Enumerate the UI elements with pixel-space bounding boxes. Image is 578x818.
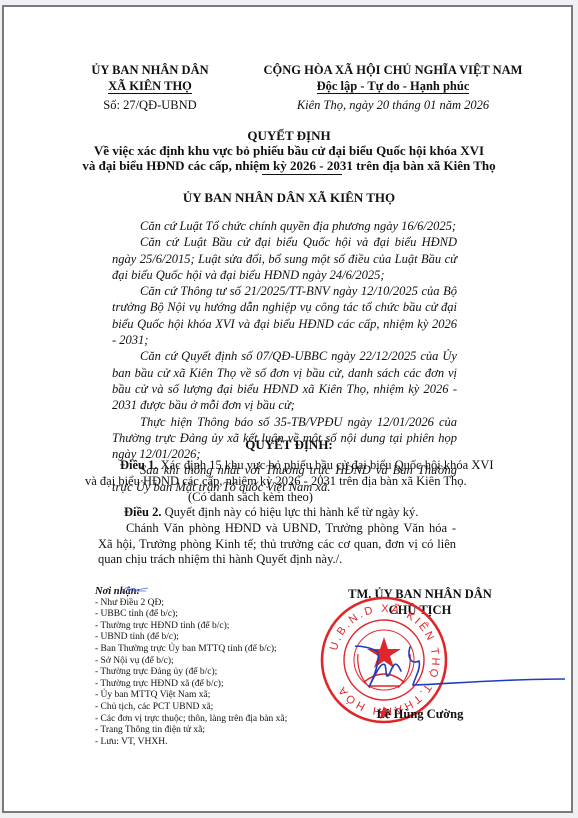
attachment-note: (Có danh sách kèm theo): [188, 490, 313, 505]
preamble-item: Căn cứ Luật Bầu cử đại biểu Quốc hội và …: [112, 234, 457, 283]
preamble-item: Căn cứ Thông tư số 21/2025/TT-BNV ngày 1…: [112, 283, 457, 348]
title-divider: [262, 174, 342, 175]
recipient-item: - Thường trực Đảng ủy (để b/c);: [95, 667, 287, 679]
issuing-authority: ỦY BAN NHÂN DÂN XÃ KIÊN THỌ: [0, 190, 578, 206]
country-name: CỘNG HÒA XÃ HỘI CHỦ NGHĨA VIỆT NAM: [228, 62, 558, 78]
preamble-item: Căn cứ Luật Tổ chức chính quyền địa phươ…: [112, 218, 457, 234]
article-1-label: Điều 1.: [120, 458, 158, 472]
recipient-item: - Các đơn vị trực thuộc; thôn, làng trên…: [95, 714, 287, 726]
recipient-item: - Như Điều 2 QĐ;: [95, 598, 287, 610]
recipient-item: - Ủy ban MTTQ Việt Nam xã;: [95, 690, 287, 702]
initials-scribble-icon: [120, 584, 150, 596]
org-name-underlined: XÃ KIÊN THỌ: [108, 80, 192, 94]
article-2: Điều 2. Quyết định này có hiệu lực thi h…: [124, 505, 418, 520]
execution-clause: Chánh Văn phòng HĐND và UBND, Trưởng phò…: [98, 521, 456, 568]
recipient-item: - UBBC tỉnh (để b/c);: [95, 609, 287, 621]
article-1: Điều 1. Xác định 15 khu vực bỏ phiếu bầu…: [120, 458, 494, 473]
national-motto: Độc lập - Tự do - Hạnh phúc: [228, 78, 558, 94]
recipient-item: - Sở Nội vụ (để b/c);: [95, 656, 287, 668]
subject-line-1: Về việc xác định khu vực bỏ phiếu bầu cử…: [0, 143, 578, 159]
org-name-line2: XÃ KIÊN THỌ: [60, 78, 240, 94]
article-1-text: Xác định 15 khu vực bỏ phiếu bầu cử đại …: [158, 458, 494, 472]
recipient-item: - Chủ tịch, các PCT UBND xã;: [95, 702, 287, 714]
handwritten-signature-icon: [355, 635, 565, 695]
recipient-item: - UBND tỉnh (để b/c);: [95, 632, 287, 644]
preamble: Căn cứ Luật Tổ chức chính quyền địa phươ…: [112, 218, 457, 495]
preamble-item: Căn cứ Quyết định số 07/QĐ-UBBC ngày 22/…: [112, 348, 457, 413]
recipient-item: - Thường trực HĐND tỉnh (để b/c);: [95, 621, 287, 633]
article-2-label: Điều 2.: [124, 505, 162, 519]
subject-line-2: và đại biểu HĐND các cấp, nhiệm kỳ 2026 …: [0, 158, 578, 174]
article-2-text: Quyết định này có hiệu lực thi hành kể t…: [162, 505, 419, 519]
recipient-item: - Trang Thông tin điện tử xã;: [95, 725, 287, 737]
recipients-block: Nơi nhận: - Như Điều 2 QĐ; - UBBC tỉnh (…: [95, 586, 287, 748]
doc-number: Số: 27/QĐ-UBND: [60, 97, 240, 113]
article-1-continued: và đại biểu HĐND các cấp, nhiệm kỳ 2026 …: [85, 474, 467, 489]
signatory-name: Lê Hùng Cường: [300, 706, 540, 722]
decision-heading: QUYẾT ĐỊNH:: [0, 437, 578, 453]
recipient-item: - Lưu: VT, VHXH.: [95, 737, 287, 749]
org-name-line1: ỦY BAN NHÂN DÂN: [60, 62, 240, 78]
recipient-item: - Thường trực HĐND xã (để b/c);: [95, 679, 287, 691]
place-date: Kiên Thọ, ngày 20 tháng 01 năm 2026: [228, 97, 558, 113]
recipient-item: - Ban Thường trực Ủy ban MTTQ tỉnh (để b…: [95, 644, 287, 656]
execution-text: Chánh Văn phòng HĐND và UBND, Trưởng phò…: [98, 521, 456, 568]
motto-underlined: Độc lập - Tự do - Hạnh phúc: [317, 80, 470, 94]
document-type-title: QUYẾT ĐỊNH: [0, 128, 578, 144]
